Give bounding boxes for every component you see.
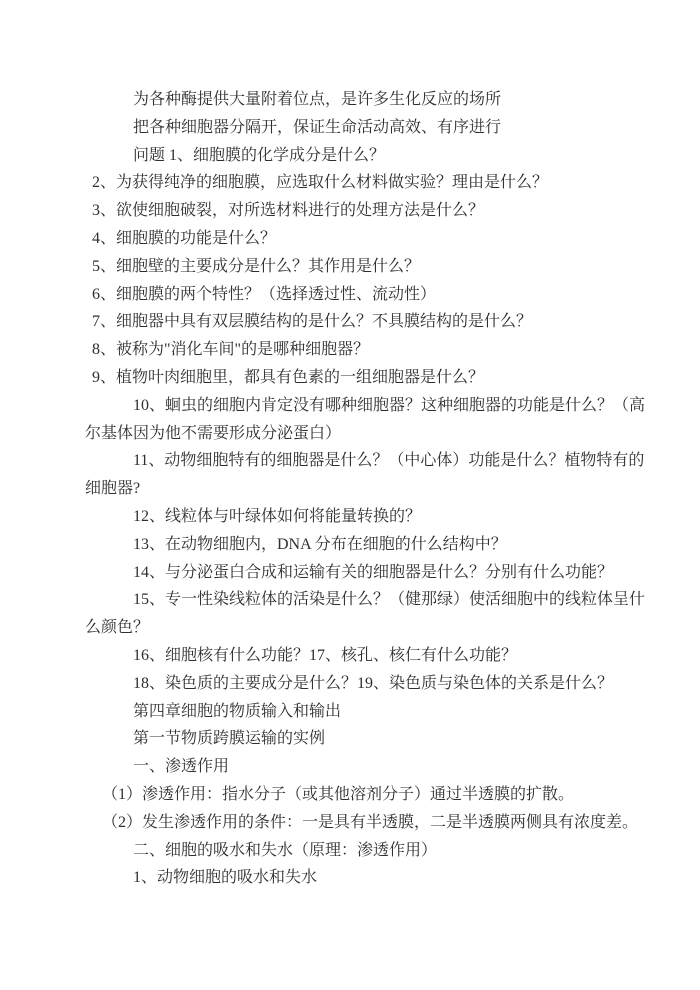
text-line: 第四章细胞的物质输入和输出 (85, 698, 645, 726)
text-line: 9、植物叶肉细胞里，都具有色素的一组细胞器是什么？ (85, 364, 645, 392)
text-line: 13、在动物细胞内，DNA 分布在细胞的什么结构中？ (85, 531, 645, 559)
text-line: （2）发生渗透作用的条件：一是具有半透膜，二是半透膜两侧具有浓度差。 (85, 809, 645, 837)
text-line: 二、细胞的吸水和失水（原理：渗透作用） (85, 837, 645, 865)
text-line: 7、细胞器中具有双层膜结构的是什么？不具膜结构的是什么？ (85, 308, 645, 336)
text-line: 5、细胞壁的主要成分是什么？其作用是什么？ (85, 253, 645, 281)
text-line: （1）渗透作用：指水分子（或其他溶剂分子）通过半透膜的扩散。 (85, 781, 645, 809)
text-line: 细胞器? (85, 475, 645, 503)
text-line: 12、线粒体与叶绿体如何将能量转换的？ (85, 503, 645, 531)
text-line: 尔基体因为他不需要形成分泌蛋白） (85, 420, 645, 448)
text-line: 8、被称为"消化车间"的是哪种细胞器？ (85, 336, 645, 364)
text-line: 18、染色质的主要成分是什么？19、染色质与染色体的关系是什么？ (85, 670, 645, 698)
text-line: 问题 1、细胞膜的化学成分是什么？ (85, 142, 645, 170)
text-line: 第一节物质跨膜运输的实例 (85, 725, 645, 753)
text-line: 15、专一性染线粒体的活染是什么？（健那绿）使活细胞中的线粒体呈什 (85, 586, 645, 614)
text-line: 把各种细胞器分隔开，保证生命活动高效、有序进行 (85, 114, 645, 142)
text-line: 11、动物细胞特有的细胞器是什么？（中心体）功能是什么？植物特有的 (85, 447, 645, 475)
document-text-block: 为各种酶提供大量附着位点，是许多生化反应的场所把各种细胞器分隔开，保证生命活动高… (85, 86, 645, 892)
document-page: 为各种酶提供大量附着位点，是许多生化反应的场所把各种细胞器分隔开，保证生命活动高… (0, 0, 700, 990)
text-line: 4、细胞膜的功能是什么？ (85, 225, 645, 253)
text-line: 么颜色？ (85, 614, 645, 642)
text-line: 6、细胞膜的两个特性？（选择透过性、流动性） (85, 281, 645, 309)
text-line: 2、为获得纯净的细胞膜，应选取什么材料做实验？理由是什么？ (85, 169, 645, 197)
text-line: 16、细胞核有什么功能？17、核孔、核仁有什么功能？ (85, 642, 645, 670)
text-line: 1、动物细胞的吸水和失水 (85, 864, 645, 892)
text-line: 一、渗透作用 (85, 753, 645, 781)
text-line: 3、欲使细胞破裂，对所选材料进行的处理方法是什么？ (85, 197, 645, 225)
text-line: 10、蛔虫的细胞内肯定没有哪种细胞器？这种细胞器的功能是什么？（高 (85, 392, 645, 420)
text-line: 为各种酶提供大量附着位点，是许多生化反应的场所 (85, 86, 645, 114)
text-line: 14、与分泌蛋白合成和运输有关的细胞器是什么？分别有什么功能？ (85, 559, 645, 587)
